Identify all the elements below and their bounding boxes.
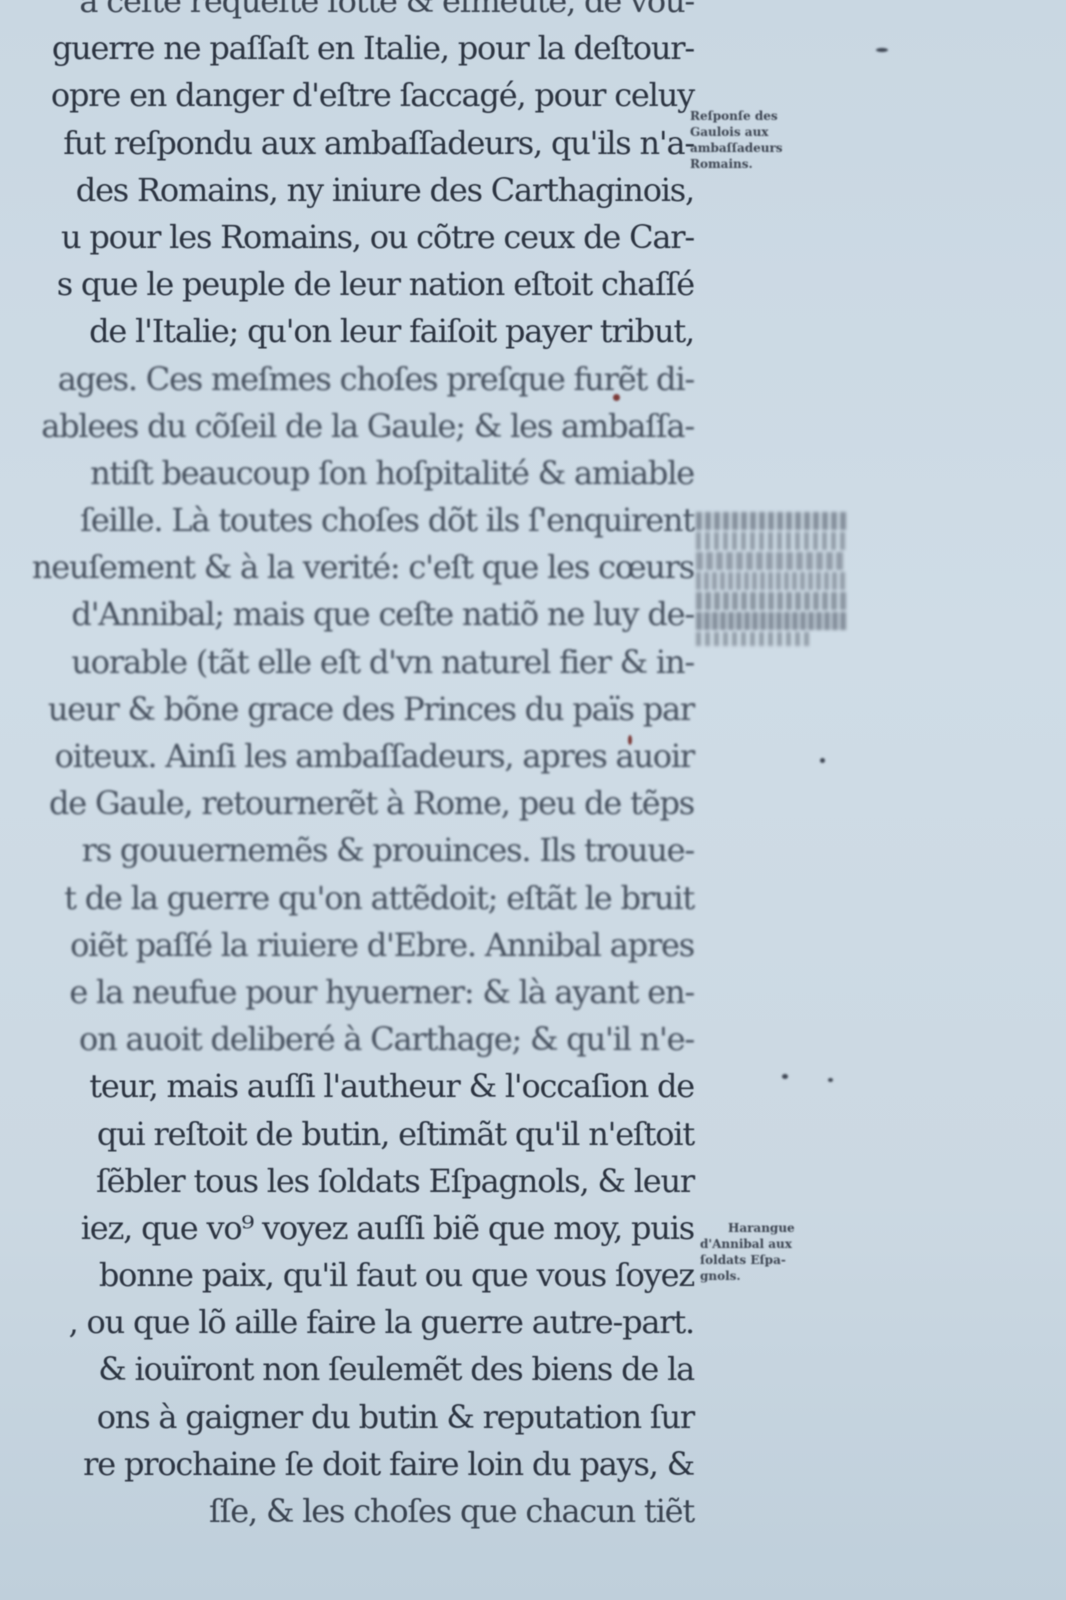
text-line: neuſement & à la verité: c'eſt que les c… [0, 544, 694, 591]
body-text-column: a cefte requefte fotte & efmeute, de vou… [0, 0, 694, 1535]
blurred-text-line [696, 612, 846, 630]
stain-spot [613, 394, 620, 401]
text-line: bonne paix, qu'il faut ou que vous ſoyez [0, 1252, 694, 1299]
text-line: fut reſpondu aux ambaſſadeurs, qu'ils n'… [0, 120, 694, 167]
blurred-text-line [696, 532, 846, 550]
text-line: ons à gaigner du butin & reputation ſur [0, 1394, 694, 1441]
text-line: e la neufue pour hyuerner: & là ayant en… [0, 969, 694, 1016]
margin-note-line: Harangue [700, 1220, 860, 1236]
margin-note-line: ſoldats Eſpa- [700, 1252, 860, 1268]
blurred-text-line [696, 592, 846, 610]
blurred-text-line [696, 572, 846, 590]
text-line: ntiſt beaucoup ſon hoſpitalité & amiable [0, 450, 694, 497]
text-line: teur, mais auſſi l'autheur & l'occaſion … [0, 1063, 694, 1110]
text-line: a cefte requefte fotte & efmeute, de vou… [0, 0, 694, 25]
text-line: uorable (tãt elle eſt d'vn naturel fier … [0, 639, 694, 686]
ink-speck [828, 1078, 833, 1082]
text-line: oiẽt paſſé la riuiere d'Ebre. Annibal ap… [0, 922, 694, 969]
text-line: re prochaine ſe doit faire loin du pays,… [0, 1441, 694, 1488]
margin-note-reponse-des-gaulois: Reſponſe des Gaulois aux ambaſſadeurs Ro… [690, 108, 840, 172]
text-line: de l'Italie; qu'on leur faiſoit payer tr… [0, 308, 694, 355]
margin-note-line: gnols. [700, 1268, 860, 1284]
text-line: de Gaule, retournerẽt à Rome, peu de tẽp… [0, 780, 694, 827]
margin-note-illegible [696, 510, 846, 648]
text-line: u pour les Romains, ou cõtre ceux de Car… [0, 214, 694, 261]
blurred-text-line [696, 552, 846, 570]
ink-speck [782, 1074, 788, 1079]
text-line: ablees du cõſeil de la Gaule; & les amba… [0, 403, 694, 450]
ink-speck [820, 758, 825, 763]
text-line: ſſe, & les choſes que chacun tiẽt [0, 1488, 694, 1535]
margin-note-line: Reſponſe des [690, 108, 840, 124]
text-line: guerre ne paſſaſt en Italie, pour la deſ… [0, 25, 694, 72]
margin-note-line: Gaulois aux [690, 124, 840, 140]
text-line: d'Annibal; mais que ceſte natiõ ne luy d… [0, 591, 694, 638]
text-line: rs gouuernemẽs & prouinces. Ils trouue- [0, 827, 694, 874]
text-line: & iouïront non ſeulemẽt des biens de la [0, 1346, 694, 1393]
text-line: ages. Ces meſmes choſes preſque furẽt di… [0, 356, 694, 403]
text-line: qui reſtoit de butin, eſtimãt qu'il n'eſ… [0, 1111, 694, 1158]
margin-note-line: Romains. [690, 156, 840, 172]
text-line: ſeille. Là toutes choſes dõt ils ſ'enqui… [0, 497, 694, 544]
text-line: ſẽbler tous les ſoldats Eſpagnols, & leu… [0, 1158, 694, 1205]
text-line: oiteux. Ainſi les ambaſſadeurs, apres au… [0, 733, 694, 780]
text-line: ueur & bõne grace des Princes du païs pa… [0, 686, 694, 733]
text-line: opre en danger d'eſtre ſaccagé, pour cel… [0, 72, 694, 119]
text-line: s que le peuple de leur nation eſtoit ch… [0, 261, 694, 308]
blurred-text-line [696, 632, 809, 646]
ink-speck [876, 48, 888, 52]
margin-note-line: d'Annibal aux [700, 1236, 860, 1252]
text-line: t de la guerre qu'on attẽdoit; eſtãt le … [0, 875, 694, 922]
text-line: on auoit deliberé à Carthage; & qu'il n'… [0, 1016, 694, 1063]
book-page: a cefte requefte fotte & efmeute, de vou… [0, 0, 1066, 1600]
margin-note-harangue-d-annibal: Harangue d'Annibal aux ſoldats Eſpa- gno… [700, 1220, 860, 1284]
text-line: , ou que lõ aille faire la guerre autre-… [0, 1299, 694, 1346]
text-line: des Romains, ny iniure des Carthaginois, [0, 167, 694, 214]
text-line: iez, que vo⁹ voyez auſſi biẽ que moy, pu… [0, 1205, 694, 1252]
margin-note-line: ambaſſadeurs [690, 140, 840, 156]
blurred-text-line [696, 512, 846, 530]
stain-spot [628, 735, 632, 745]
